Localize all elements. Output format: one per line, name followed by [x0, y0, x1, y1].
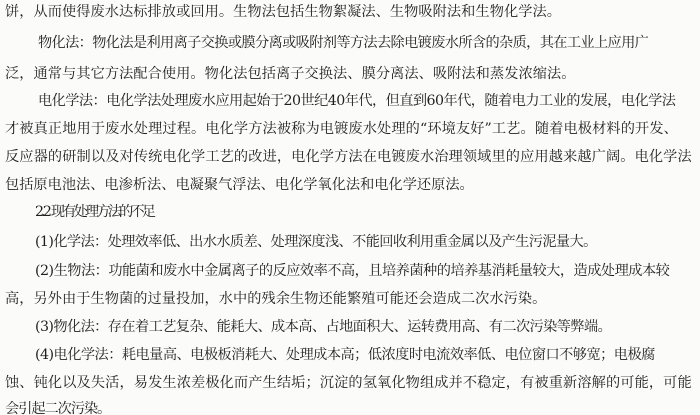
paragraph-line: 会引起二次污染。 [5, 400, 700, 415]
paragraph-line: 饼，从而使得废水达标排放或回用。生物法包括生物絮凝法、生物吸附法和生物化学法。 [5, 3, 700, 21]
list-item: (3)物化法：存在着工艺复杂、能耗大、成本高、占地面积大、运转费用高、有二次污染… [35, 318, 700, 336]
list-item: (2)生物法：功能菌和废水中金属离子的反应效率不高，且培养菌种的培养基消耗量较大… [35, 262, 700, 280]
paragraph-line: 电化学法：电化学法处理废水应用起始于20世纪40年代，但直到60年代，随着电力工… [38, 92, 700, 110]
section-heading: 2.2 现有处理方法的不足 [35, 203, 700, 221]
list-item: (1)化学法：处理效率低、出水水质差、处理深度浅、不能回收利用重金属以及产生污泥… [35, 233, 700, 251]
list-item: (4)电化学法：耗电量高、电极板消耗大、处理成本高；低浓度时电流效率低、电位窗口… [35, 346, 700, 364]
paragraph-line: 物化法：物化法是利用离子交换或膜分离或吸附剂等方法去除电镀废水所含的杂质，其在工… [38, 34, 700, 52]
paragraph-line: 包括原电池法、电渗析法、电凝聚气浮法、电化学氧化法和电化学还原法。 [5, 176, 700, 194]
paragraph-line: 高，另外由于生物菌的过量投加，水中的残余生物还能繁殖可能还会造成二次水污染。 [5, 290, 700, 308]
paragraph-line: 蚀、钝化以及失活，易发生浓差极化而产生结垢；沉淀的氢氧化物组成并不稳定，有被重新… [5, 374, 700, 392]
document-page: 饼，从而使得废水达标排放或回用。生物法包括生物絮凝法、生物吸附法和生物化学法。 … [0, 0, 700, 415]
paragraph-line: 才被真正地用于废水处理过程。电化学方法被称为电镀废水处理的“环境友好”工艺。随着… [5, 120, 700, 138]
paragraph-line: 反应器的研制以及对传统电化学工艺的改进，电化学方法在电镀废水治理领域里的应用越来… [5, 148, 700, 166]
paragraph-line: 泛，通常与其它方法配合使用。物化法包括离子交换法、膜分离法、吸附法和蒸发浓缩法。 [5, 65, 700, 83]
